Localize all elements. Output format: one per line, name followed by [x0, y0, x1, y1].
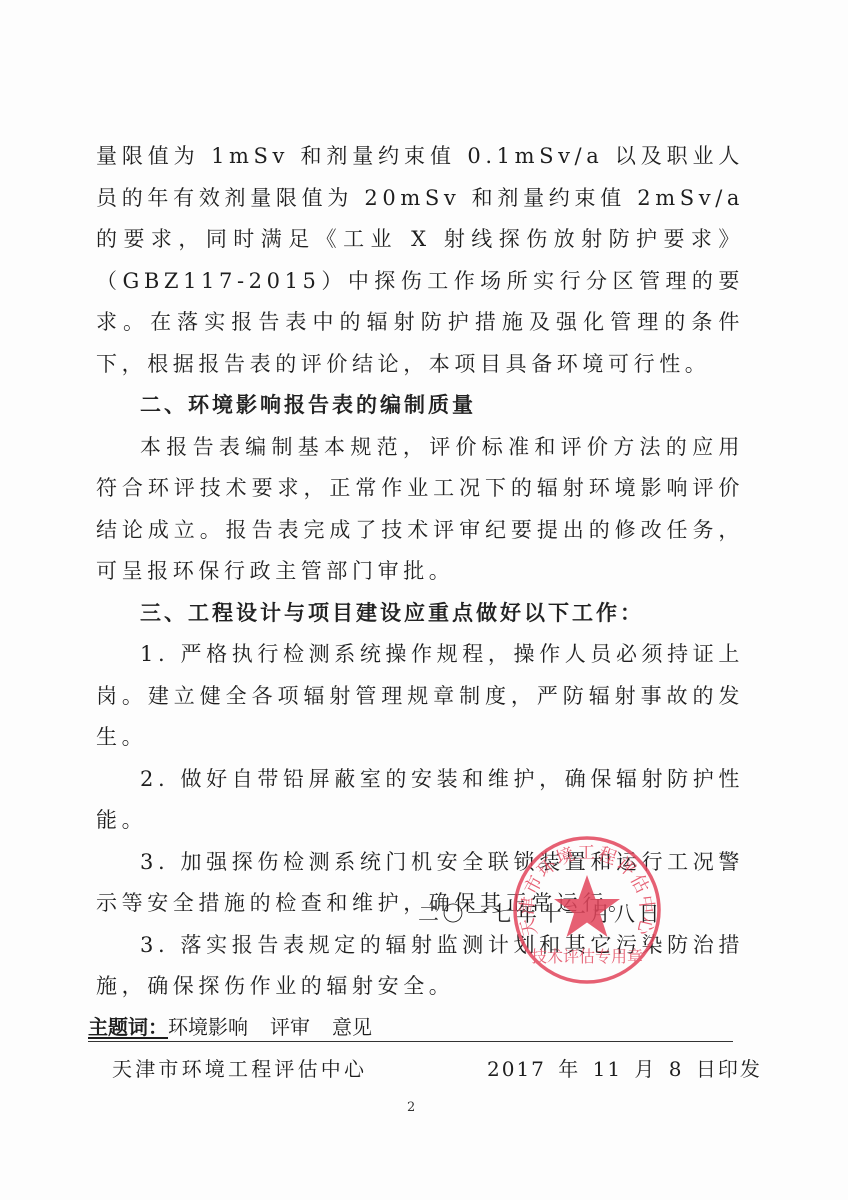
section-heading-3: 三、工程设计与项目建设应重点做好以下工作：: [96, 593, 744, 635]
page-number: 2: [407, 1100, 415, 1115]
footer-divider: [88, 1041, 733, 1042]
list-item-2: 2. 做好自带铅屏蔽室的安装和维护，确保辐射防护性能。: [96, 759, 744, 842]
subject-keywords: 主题词：环境影响评审意见: [88, 1013, 733, 1041]
keyword-item: 环境影响: [168, 1015, 248, 1039]
issue-date: 2017 年 11 月 8 日印发: [487, 1053, 762, 1082]
keywords-label: 主题词：: [88, 1015, 168, 1039]
paragraph-quality: 本报告表编制基本规范，评价标准和评价方法的应用符合环评技术要求，正常作业工况下的…: [96, 427, 744, 593]
keyword-item: 意见: [332, 1015, 372, 1039]
star-icon: [554, 875, 620, 937]
paragraph-conclusion: 量限值为 1mSv 和剂量约束值 0.1mSv/a 以及职业人员的年有效剂量限值…: [96, 136, 744, 385]
document-page: 量限值为 1mSv 和剂量约束值 0.1mSv/a 以及职业人员的年有效剂量限值…: [0, 0, 848, 1200]
official-seal-icon: 天津市环境工程评估中心 技术评估专用章: [512, 835, 662, 985]
seal-bottom-text: 技术评估专用章: [531, 947, 643, 966]
keyword-item: 评审: [270, 1015, 310, 1039]
issuing-organization: 天津市环境工程评估中心: [112, 1053, 367, 1082]
list-item-1: 1. 严格执行检测系统操作规程，操作人员必须持证上岗。建立健全各项辐射管理规章制…: [96, 634, 744, 759]
section-heading-2: 二、环境影响报告表的编制质量: [96, 385, 744, 427]
